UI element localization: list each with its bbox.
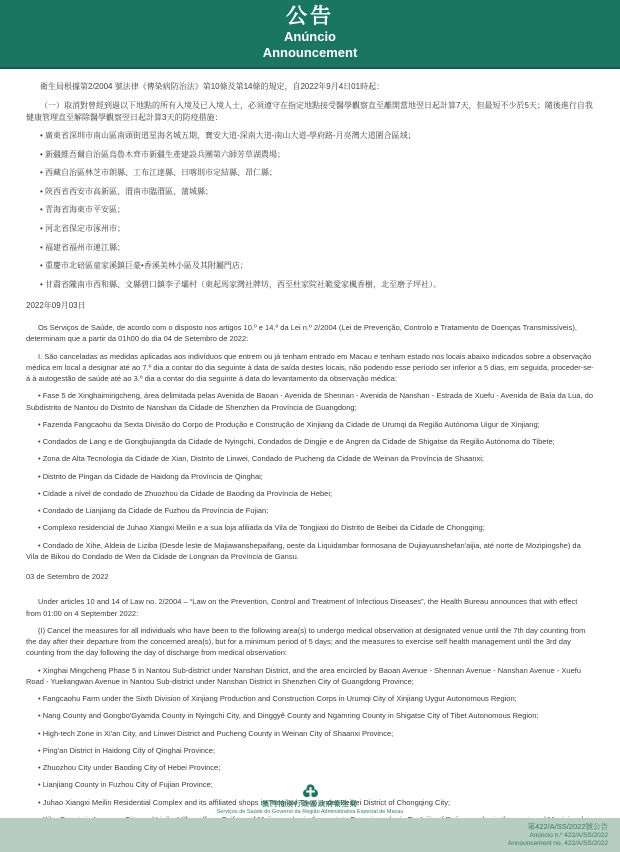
zh-date: 2022年09月03日 [26, 300, 594, 312]
page-title-en: Announcement [0, 45, 620, 61]
pt-measures-paragraph: I. São canceladas as medidas aplicadas a… [26, 351, 594, 385]
zh-bullet-hebei: 河北省保定市涿州市； [26, 223, 594, 235]
footer-organisation: 澳門特別行政區政府衛生局 Serviços de Saúde do Govern… [0, 784, 620, 816]
en-intro-paragraph: Under articles 10 and 14 of Law no. 2/20… [26, 596, 594, 619]
health-bureau-logo-icon [303, 784, 318, 799]
document-body: 衛生局根據第2/2004 號法律《傳染病防治法》第10條及第14條的規定，自20… [0, 69, 620, 852]
pt-bullet-tibet: Condados de Lang e de Gongbujiangda da C… [26, 436, 594, 447]
zh-bullet-xinjiang: 新疆維吾爾自治區烏魯木齊市新疆生產建設兵團第六師芳草湖農場； [26, 149, 594, 161]
pt-bullet-qinghai: Distrito de Pingan da Cidade de Haidong … [26, 471, 594, 482]
zh-bullet-shaanxi: 陝西省西安市高新區、渭南市臨渭區、蒲城縣； [26, 186, 594, 198]
pt-date: 03 de Setembro de 2022 [26, 571, 594, 582]
announcement-page: 公告 Anúncio Announcement 衛生局根據第2/2004 號法律… [0, 0, 620, 852]
zh-bullet-fujian: 福建省福州市連江縣； [26, 242, 594, 254]
en-bullet-hebei: Zhuozhou City under Baoding City of Hebe… [26, 762, 594, 773]
zh-bullet-qinghai: 青海省海東市平安區； [26, 204, 594, 216]
zh-measures-paragraph: （一）取消對曾經到過以下地點的所有入境及已入境人士，必須遵守在指定地點接受醫學觀… [26, 100, 594, 123]
zh-intro-paragraph: 衛生局根據第2/2004 號法律《傳染病防治法》第10條及第14條的規定，自20… [26, 81, 594, 93]
zh-bullet-guangdong: 廣東省深圳市南山區南頭街道星海名城五期，寶安大道-深南大道-南山大道-學府路-月… [26, 130, 594, 142]
pt-intro-paragraph: Os Serviços de Saúde, de acordo com o di… [26, 322, 594, 345]
en-bullet-shaanxi: High-tech Zone in Xi'an City, and Linwei… [26, 728, 594, 739]
section-chinese: 衛生局根據第2/2004 號法律《傳染病防治法》第10條及第14條的規定，自20… [26, 81, 594, 312]
en-bullet-qinghai: Ping'an District in Haidong City of Qing… [26, 745, 594, 756]
footer-reference-band: 第422/A/SS/2022號公告 Anúncio n.º 422/A/SS/2… [0, 818, 620, 852]
page-title-pt: Anúncio [0, 29, 620, 45]
en-bullet-xinjiang: Fangcaohu Farm under the Sixth Division … [26, 693, 594, 704]
zh-bullet-chongqing: 重慶市北碚區童家溪鎮巨豪•香溪美林小區及其附屬門店； [26, 260, 594, 272]
announcement-ref-zh: 第422/A/SS/2022號公告 [0, 822, 608, 832]
announcement-ref-en: Announcement no. 422/A/SS/2022 [0, 840, 608, 848]
page-title-zh: 公告 [0, 5, 620, 29]
pt-bullet-gansu: Condado de Xihe, Aldeia de Liziba (Desde… [26, 540, 594, 563]
announcement-ref-pt: Anúncio n.º 422/A/SS/2022 [0, 832, 608, 840]
zh-bullet-gansu: 甘肅省隴南市西和縣、文縣碧口鎮李子壩村（東起馬家灣社牌坊，西至杜家院社範愛家楓香… [26, 279, 594, 291]
pt-bullet-xinjiang: Fazenda Fangcaohu da Sexta Divisão do Co… [26, 419, 594, 430]
pt-bullet-shaanxi: Zona de Alta Tecnologia da Cidade de Xia… [26, 453, 594, 464]
pt-bullet-guangdong: Fase 5 de Xinghaimingcheng, área delimit… [26, 390, 594, 413]
pt-bullet-fujian: Condado de Lianjiang da Cidade de Fuzhou… [26, 505, 594, 516]
zh-bullet-tibet: 西藏自治區林芝市朗縣、工布江達縣、日喀則市定結縣、昂仁縣； [26, 167, 594, 179]
org-name-zh: 澳門特別行政區政府衛生局 [0, 801, 620, 810]
pt-bullet-hebei: Cidade a nível de condado de Zhuozhou da… [26, 488, 594, 499]
pt-bullet-chongqing: Complexo residencial de Juhao Xiangxi Me… [26, 522, 594, 533]
en-bullet-guangdong: Xinghai Mingcheng Phase 5 in Nantou Sub-… [26, 665, 594, 688]
section-portuguese: Os Serviços de Saúde, de acordo com o di… [26, 322, 594, 582]
org-name-pt: Serviços de Saúde do Governo da Região A… [0, 809, 620, 816]
en-measures-paragraph: (I) Cancel the measures for all individu… [26, 625, 594, 659]
header-banner: 公告 Anúncio Announcement [0, 0, 620, 69]
en-bullet-tibet: Nang County and Gongbo'Gyamda County in … [26, 710, 594, 721]
